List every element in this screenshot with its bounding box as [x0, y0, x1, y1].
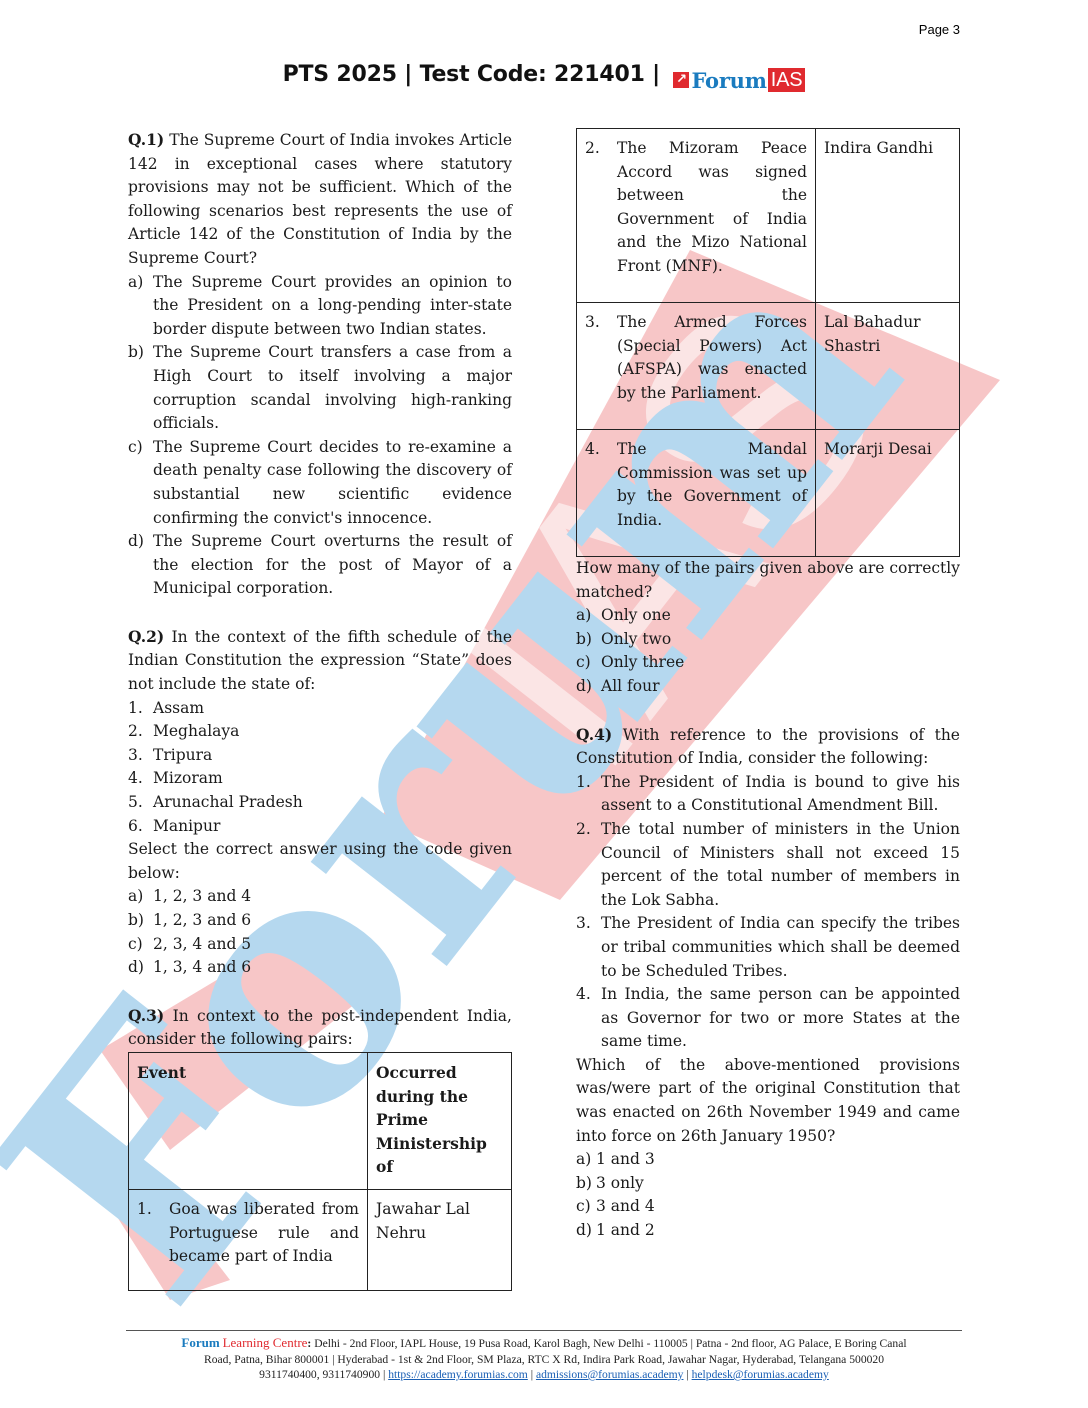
question-text: In the context of the fifth schedule of … — [128, 628, 512, 693]
list-item: 4.Mizoram — [128, 767, 512, 791]
footer-address-2: Road, Patna, Bihar 800001 | Hyderabad - … — [126, 1352, 962, 1368]
page-header: PTS 2025 | Test Code: 221401 | ↗ Forum I… — [0, 62, 1088, 93]
option-b[interactable]: b)Only two — [576, 628, 960, 652]
list-item: 4.In India, the same person can be appoi… — [576, 983, 960, 1054]
table-row: 1.Goa was liberated from Portuguese rule… — [129, 1189, 512, 1290]
table-row: 4.The Mandal Commission was set up by th… — [577, 430, 960, 557]
question-2: Q.2) In the context of the fifth schedul… — [128, 625, 512, 980]
list-item: 6.Manipur — [128, 815, 512, 839]
question-2-prompt: Select the correct answer using the code… — [128, 838, 512, 885]
list-item: 2.The total number of ministers in the U… — [576, 818, 960, 912]
admissions-email-link[interactable]: admissions@forumias.academy — [536, 1368, 684, 1381]
question-label: Q.3) — [128, 1006, 164, 1025]
logo-forum-text: Forum — [691, 68, 766, 93]
footer-line-1: Forum Learning Centre: Delhi - 2nd Floor… — [126, 1335, 962, 1352]
arrow-up-right-icon: ↗ — [673, 72, 689, 88]
option-c[interactable]: c)3 and 4 — [576, 1195, 960, 1219]
table-header-row: Event Occurred during the Prime Minister… — [129, 1052, 512, 1189]
table-row: 2.The Mizoram Peace Accord was signed be… — [577, 129, 960, 303]
footer-brand-forum: Forum — [181, 1335, 219, 1350]
logo-ias-text: IAS — [768, 68, 806, 92]
website-link[interactable]: https://academy.forumias.com — [388, 1368, 528, 1381]
option-a[interactable]: a)1, 2, 3 and 4 — [128, 885, 512, 909]
option-d[interactable]: d)All four — [576, 675, 960, 699]
question-3: Q.3) In context to the post-independent … — [128, 1004, 512, 1291]
page-title: PTS 2025 | Test Code: 221401 | — [283, 62, 660, 87]
table-row: 3.The Armed Forces (Special Powers) Act … — [577, 303, 960, 430]
option-d[interactable]: d)1 and 2 — [576, 1219, 960, 1243]
question-text: The Supreme Court of India invokes Artic… — [128, 131, 512, 267]
question-label: Q.1) — [128, 130, 164, 149]
option-c[interactable]: c)2, 3, 4 and 5 — [128, 933, 512, 957]
header-pm: Occurred during the Prime Ministership o… — [368, 1052, 512, 1189]
option-c[interactable]: c)Only three — [576, 651, 960, 675]
question-3-stem: Q.3) In context to the post-independent … — [128, 1004, 512, 1052]
header-event: Event — [129, 1052, 368, 1189]
list-item: 2.Meghalaya — [128, 720, 512, 744]
question-2-stem: Q.2) In the context of the fifth schedul… — [128, 625, 512, 697]
page-footer: Forum Learning Centre: Delhi - 2nd Floor… — [126, 1330, 962, 1383]
question-4: Q.4) With reference to the provisions of… — [576, 723, 960, 1243]
page-number: Page 3 — [919, 22, 960, 37]
list-item: 1.Assam — [128, 697, 512, 721]
pairs-table-part-2: 2.The Mizoram Peace Accord was signed be… — [576, 128, 960, 557]
option-b[interactable]: b)3 only — [576, 1172, 960, 1196]
list-item: 3.Tripura — [128, 744, 512, 768]
helpdesk-email-link[interactable]: helpdesk@forumias.academy — [692, 1368, 829, 1381]
option-b[interactable]: b)The Supreme Court transfers a case fro… — [128, 341, 512, 435]
list-item: 1.The President of India is bound to giv… — [576, 771, 960, 818]
footer-contacts: 9311740400, 9311740900 | https://academy… — [126, 1367, 962, 1383]
option-c[interactable]: c)The Supreme Court decides to re-examin… — [128, 436, 512, 530]
pairs-table-part-1: Event Occurred during the Prime Minister… — [128, 1052, 512, 1291]
forumias-logo: ↗ Forum IAS — [673, 68, 805, 93]
option-b[interactable]: b)1, 2, 3 and 6 — [128, 909, 512, 933]
option-a[interactable]: a)Only one — [576, 604, 960, 628]
option-a[interactable]: a)The Supreme Court provides an opinion … — [128, 271, 512, 342]
footer-brand-learning-centre: Learning Centre — [223, 1335, 308, 1350]
option-d[interactable]: d)The Supreme Court overturns the result… — [128, 530, 512, 601]
question-3-prompt: How many of the pairs given above are co… — [576, 557, 960, 604]
left-column: Q.1) The Supreme Court of India invokes … — [128, 128, 512, 1291]
list-item: 5.Arunachal Pradesh — [128, 791, 512, 815]
question-4-prompt: Which of the above-mentioned provisions … — [576, 1054, 960, 1148]
footer-phones: 9311740400, 9311740900 — [259, 1368, 380, 1381]
question-text: In context to the post-independent India… — [128, 1007, 512, 1049]
question-1: Q.1) The Supreme Court of India invokes … — [128, 128, 512, 601]
right-column: 2.The Mizoram Peace Accord was signed be… — [576, 128, 960, 1243]
question-4-stem: Q.4) With reference to the provisions of… — [576, 723, 960, 771]
question-label: Q.4) — [576, 725, 612, 744]
option-d[interactable]: d)1, 3, 4 and 6 — [128, 956, 512, 980]
option-a[interactable]: a)1 and 3 — [576, 1148, 960, 1172]
list-item: 3.The President of India can specify the… — [576, 912, 960, 983]
footer-address-1: Delhi - 2nd Floor, IAPL House, 19 Pusa R… — [314, 1337, 906, 1350]
question-text: With reference to the provisions of the … — [576, 726, 960, 768]
question-1-stem: Q.1) The Supreme Court of India invokes … — [128, 128, 512, 271]
question-label: Q.2) — [128, 627, 164, 646]
